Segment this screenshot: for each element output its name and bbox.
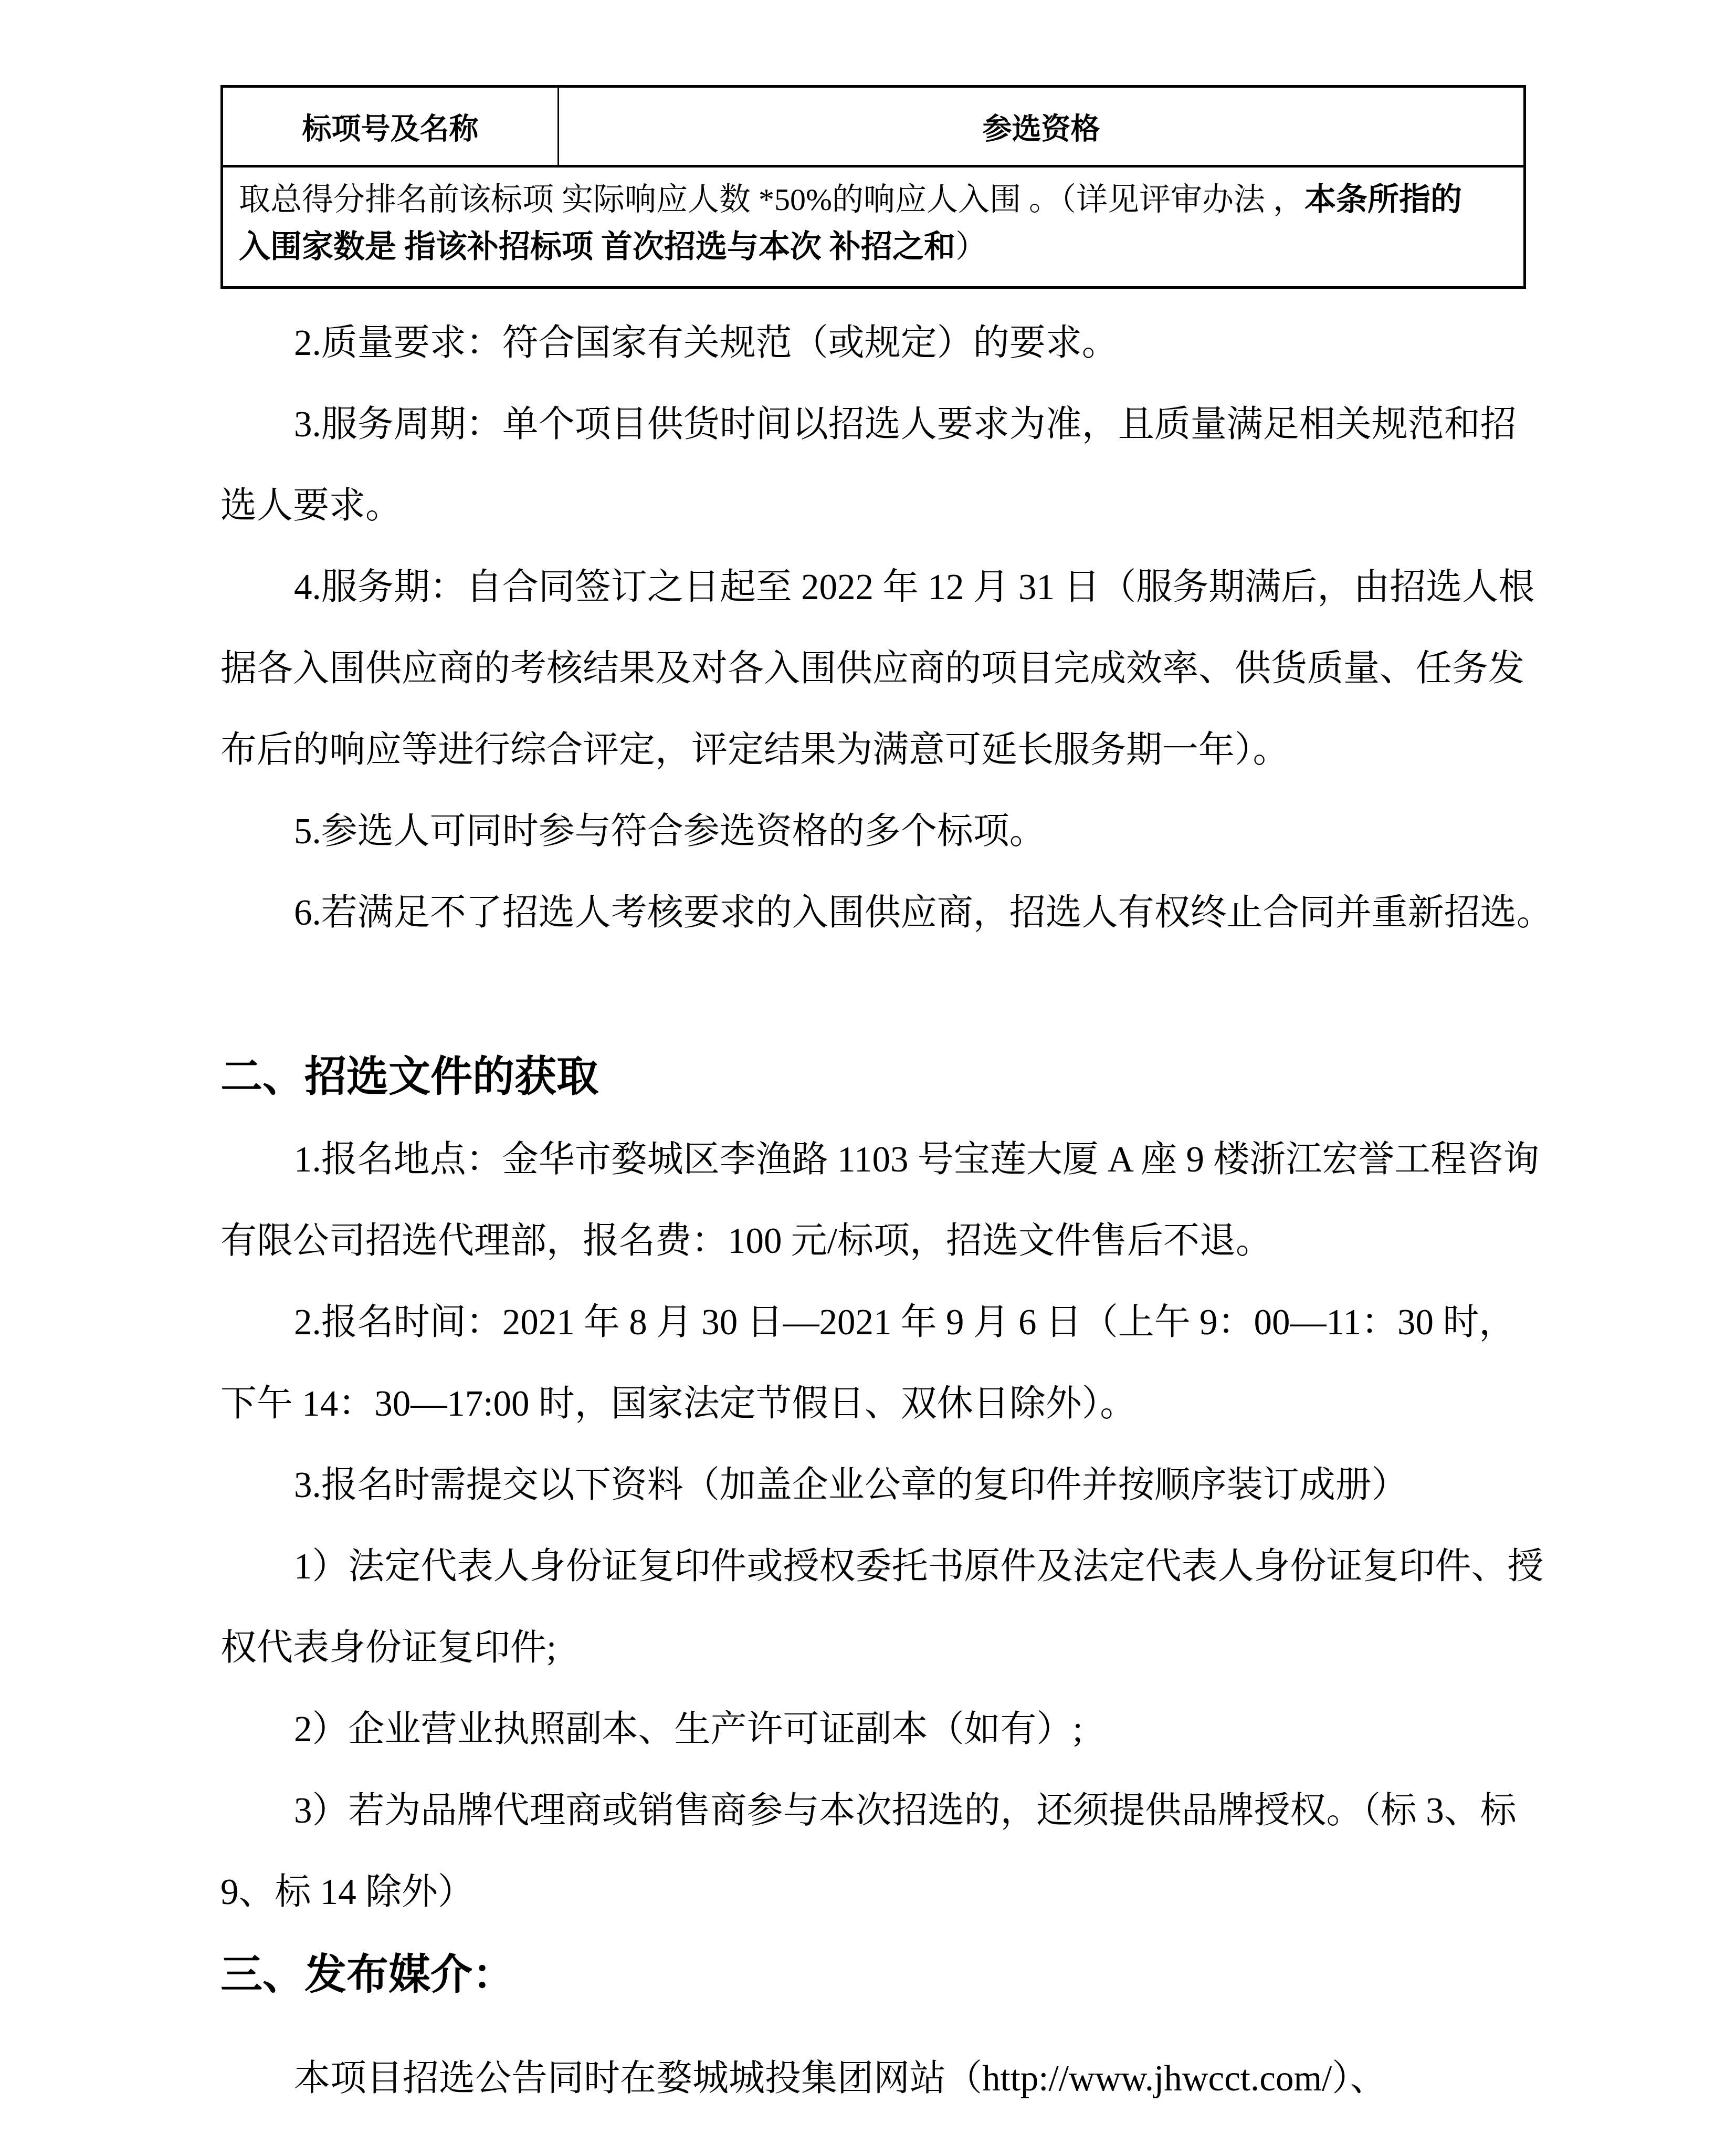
section2-heading: 二、招选文件的获取 — [220, 1035, 1526, 1119]
registration-line: 下午 14：30—17:00 时，国家法定节假日、双休日除外）。 — [220, 1363, 1526, 1445]
qualification-text-regular: 取总得分排名前该标项 实际响应人数 *50%的响应人入围 。（详见评审办法 ， — [239, 182, 1304, 217]
registration-line: 1）法定代表人身份证复印件或授权委托书原件及法定代表人身份证复印件、授 — [220, 1526, 1526, 1607]
qualification-text-regular: ） — [955, 229, 987, 264]
document-page: 标项号及名称 参选资格 取总得分排名前该标项 实际响应人数 *50%的响应人入围… — [0, 0, 1736, 2155]
clause-line: 选人要求。 — [220, 465, 1526, 547]
clause-line: 6.若满足不了招选人考核要求的入围供应商，招选人有权终止合同并重新招选。 — [220, 872, 1526, 954]
clause-line: 5.参选人可同时参与符合参选资格的多个标项。 — [220, 791, 1526, 872]
qualification-table: 标项号及名称 参选资格 取总得分排名前该标项 实际响应人数 *50%的响应人入围… — [220, 85, 1526, 289]
registration-line: 有限公司招选代理部，报名费：100 元/标项，招选文件售后不退。 — [220, 1200, 1526, 1282]
clause-line: 3.服务周期：单个项目供货时间以招选人要求为准，且质量满足相关规范和招 — [220, 384, 1526, 465]
table-header-row: 标项号及名称 参选资格 — [222, 87, 1525, 166]
table-header-item-name: 标项号及名称 — [222, 87, 559, 166]
table-cell-line: 入围家数是 指该补招标项 首次招选与本次 补招之和） — [239, 223, 1513, 270]
qualification-text-bold: 入围家数是 指该补招标项 首次招选与本次 补招之和 — [239, 229, 955, 264]
registration-line: 2.报名时间：2021 年 8 月 30 日—2021 年 9 月 6 日（上午… — [220, 1282, 1526, 1363]
qualification-text-bold: 本条所指的 — [1304, 182, 1462, 217]
table-qualification-cell: 取总得分排名前该标项 实际响应人数 *50%的响应人入围 。（详见评审办法 ，本… — [222, 166, 1525, 288]
clause-line: 据各入围供应商的考核结果及对各入围供应商的项目完成效率、供货质量、任务发 — [220, 628, 1526, 709]
clause-line: 4.服务期：自合同签订之日起至 2022 年 12 月 31 日（服务期满后，由… — [220, 547, 1526, 628]
section3-heading: 三、发布媒介： — [220, 1933, 1526, 2017]
document-content: 标项号及名称 参选资格 取总得分排名前该标项 实际响应人数 *50%的响应人入围… — [220, 0, 1526, 2119]
registration-line: 3.报名时需提交以下资料（加盖企业公章的复印件并按顺序装订成册） — [220, 1445, 1526, 1526]
registration-line: 3）若为品牌代理商或销售商参与本次招选的，还须提供品牌授权。（标 3、标 — [220, 1770, 1526, 1851]
clause-line: 2.质量要求：符合国家有关规范（或规定）的要求。 — [220, 302, 1526, 384]
registration-line: 9、标 14 除外） — [220, 1851, 1526, 1933]
table-body-row: 取总得分排名前该标项 实际响应人数 *50%的响应人入围 。（详见评审办法 ，本… — [222, 166, 1525, 288]
table-header-qualification: 参选资格 — [559, 87, 1525, 166]
media-line: 本项目招选公告同时在婺城城投集团网站（http://www.jhwcct.com… — [220, 2038, 1526, 2119]
registration-line: 权代表身份证复印件; — [220, 1607, 1526, 1689]
clause-line: 布后的响应等进行综合评定，评定结果为满意可延长服务期一年）。 — [220, 709, 1526, 791]
table-cell-line: 取总得分排名前该标项 实际响应人数 *50%的响应人入围 。（详见评审办法 ，本… — [239, 176, 1513, 223]
registration-line: 2）企业营业执照副本、生产许可证副本（如有）; — [220, 1689, 1526, 1770]
registration-line: 1.报名地点：金华市婺城区李渔路 1103 号宝莲大厦 A 座 9 楼浙江宏誉工… — [220, 1119, 1526, 1200]
